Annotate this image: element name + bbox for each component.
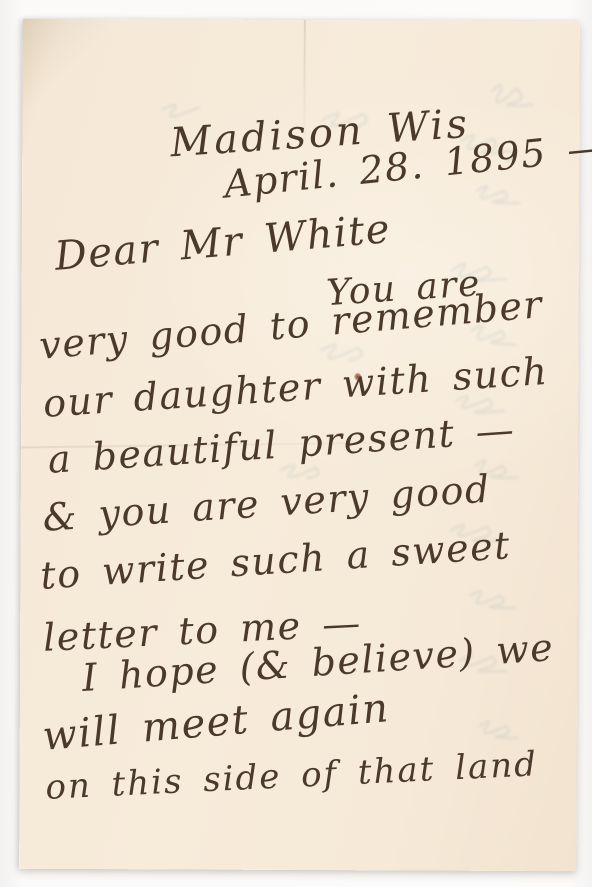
letter-paper: Madison Wis April. 28. 1895 — Dear Mr Wh… xyxy=(19,19,580,871)
letter-photo-background: Madison Wis April. 28. 1895 — Dear Mr Wh… xyxy=(0,0,592,887)
